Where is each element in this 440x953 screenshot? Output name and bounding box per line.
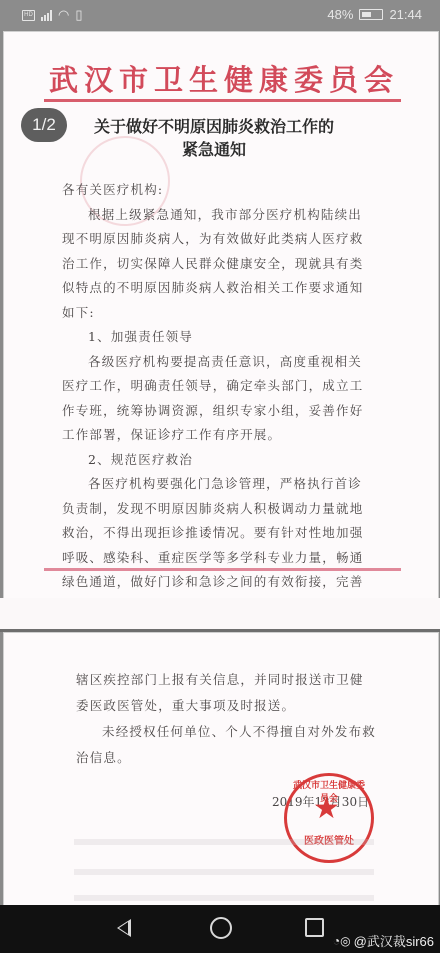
salutation: 各有关医疗机构: (62, 178, 372, 203)
page-gap (0, 598, 440, 632)
masthead: 武汉市卫生健康委员会 (44, 58, 404, 99)
back-icon[interactable] (117, 919, 131, 937)
page-bottom-red-rule (44, 568, 401, 571)
signal-icon (41, 10, 52, 21)
paragraph-disclaimer: 未经授权任何单位、个人不得擅自对外发布救治信息。 (76, 719, 376, 771)
weibo-watermark: ◔◎ @武汉裁sir66 (333, 931, 434, 950)
battery-icon (359, 9, 383, 20)
faint-bleedthrough-line (74, 895, 374, 901)
paragraph-3-end: 辖区疾控部门上报有关信息，并同时报送市卫健委医政医管处，重大事项及时报送。 (76, 667, 376, 719)
document-page-1[interactable]: 武汉市卫生健康委员会 关于做好不明原因肺炎救治工作的 紧急通知 各有关医疗机构:… (3, 31, 439, 600)
clock: 21:44 (389, 7, 422, 22)
faint-bleedthrough-line (74, 839, 374, 845)
paragraph-1: 各级医疗机构要提高责任意识，高度重视相关医疗工作，明确责任领导，确定牵头部门，成… (62, 350, 372, 448)
faint-bleedthrough-line (74, 869, 374, 875)
document-page-2[interactable]: 辖区疾控部门上报有关信息，并同时报送市卫健委医政医管处，重大事项及时报送。 未经… (3, 632, 439, 906)
watermark-text: @武汉裁sir66 (354, 931, 434, 950)
page-indicator: 1/2 (21, 108, 67, 142)
masthead-red-rule (44, 99, 401, 102)
wifi-icon: ◠ (58, 7, 69, 23)
status-right: 48% 21:44 (327, 7, 422, 22)
heading-1: 1、加强责任领导 (62, 325, 372, 350)
weibo-icon: ◔◎ (333, 934, 351, 948)
hd-icon: HD (22, 10, 35, 21)
recents-icon[interactable] (305, 918, 324, 937)
battery-percent: 48% (327, 7, 353, 22)
status-bar: HD ◠ ▯ 48% 21:44 (0, 0, 440, 30)
star-icon: ★ (313, 794, 340, 824)
document-body-page-2: 辖区疾控部门上报有关信息，并同时报送市卫健委医政医管处，重大事项及时报送。 未经… (76, 667, 376, 771)
official-seal: 武汉市卫生健康委员会 ★ 医政医管处 (284, 773, 374, 863)
paragraph-intro: 根据上级紧急通知，我市部分医疗机构陆续出现不明原因肺炎病人，为有效做好此类病人医… (62, 203, 372, 326)
vibrate-icon: ▯ (75, 7, 82, 23)
heading-2: 2、规范医疗救治 (62, 448, 372, 473)
status-left-icons: HD ◠ ▯ (22, 7, 83, 23)
home-icon[interactable] (210, 917, 232, 939)
title-line-1: 关于做好不明原因肺炎救治工作的 (64, 115, 364, 138)
